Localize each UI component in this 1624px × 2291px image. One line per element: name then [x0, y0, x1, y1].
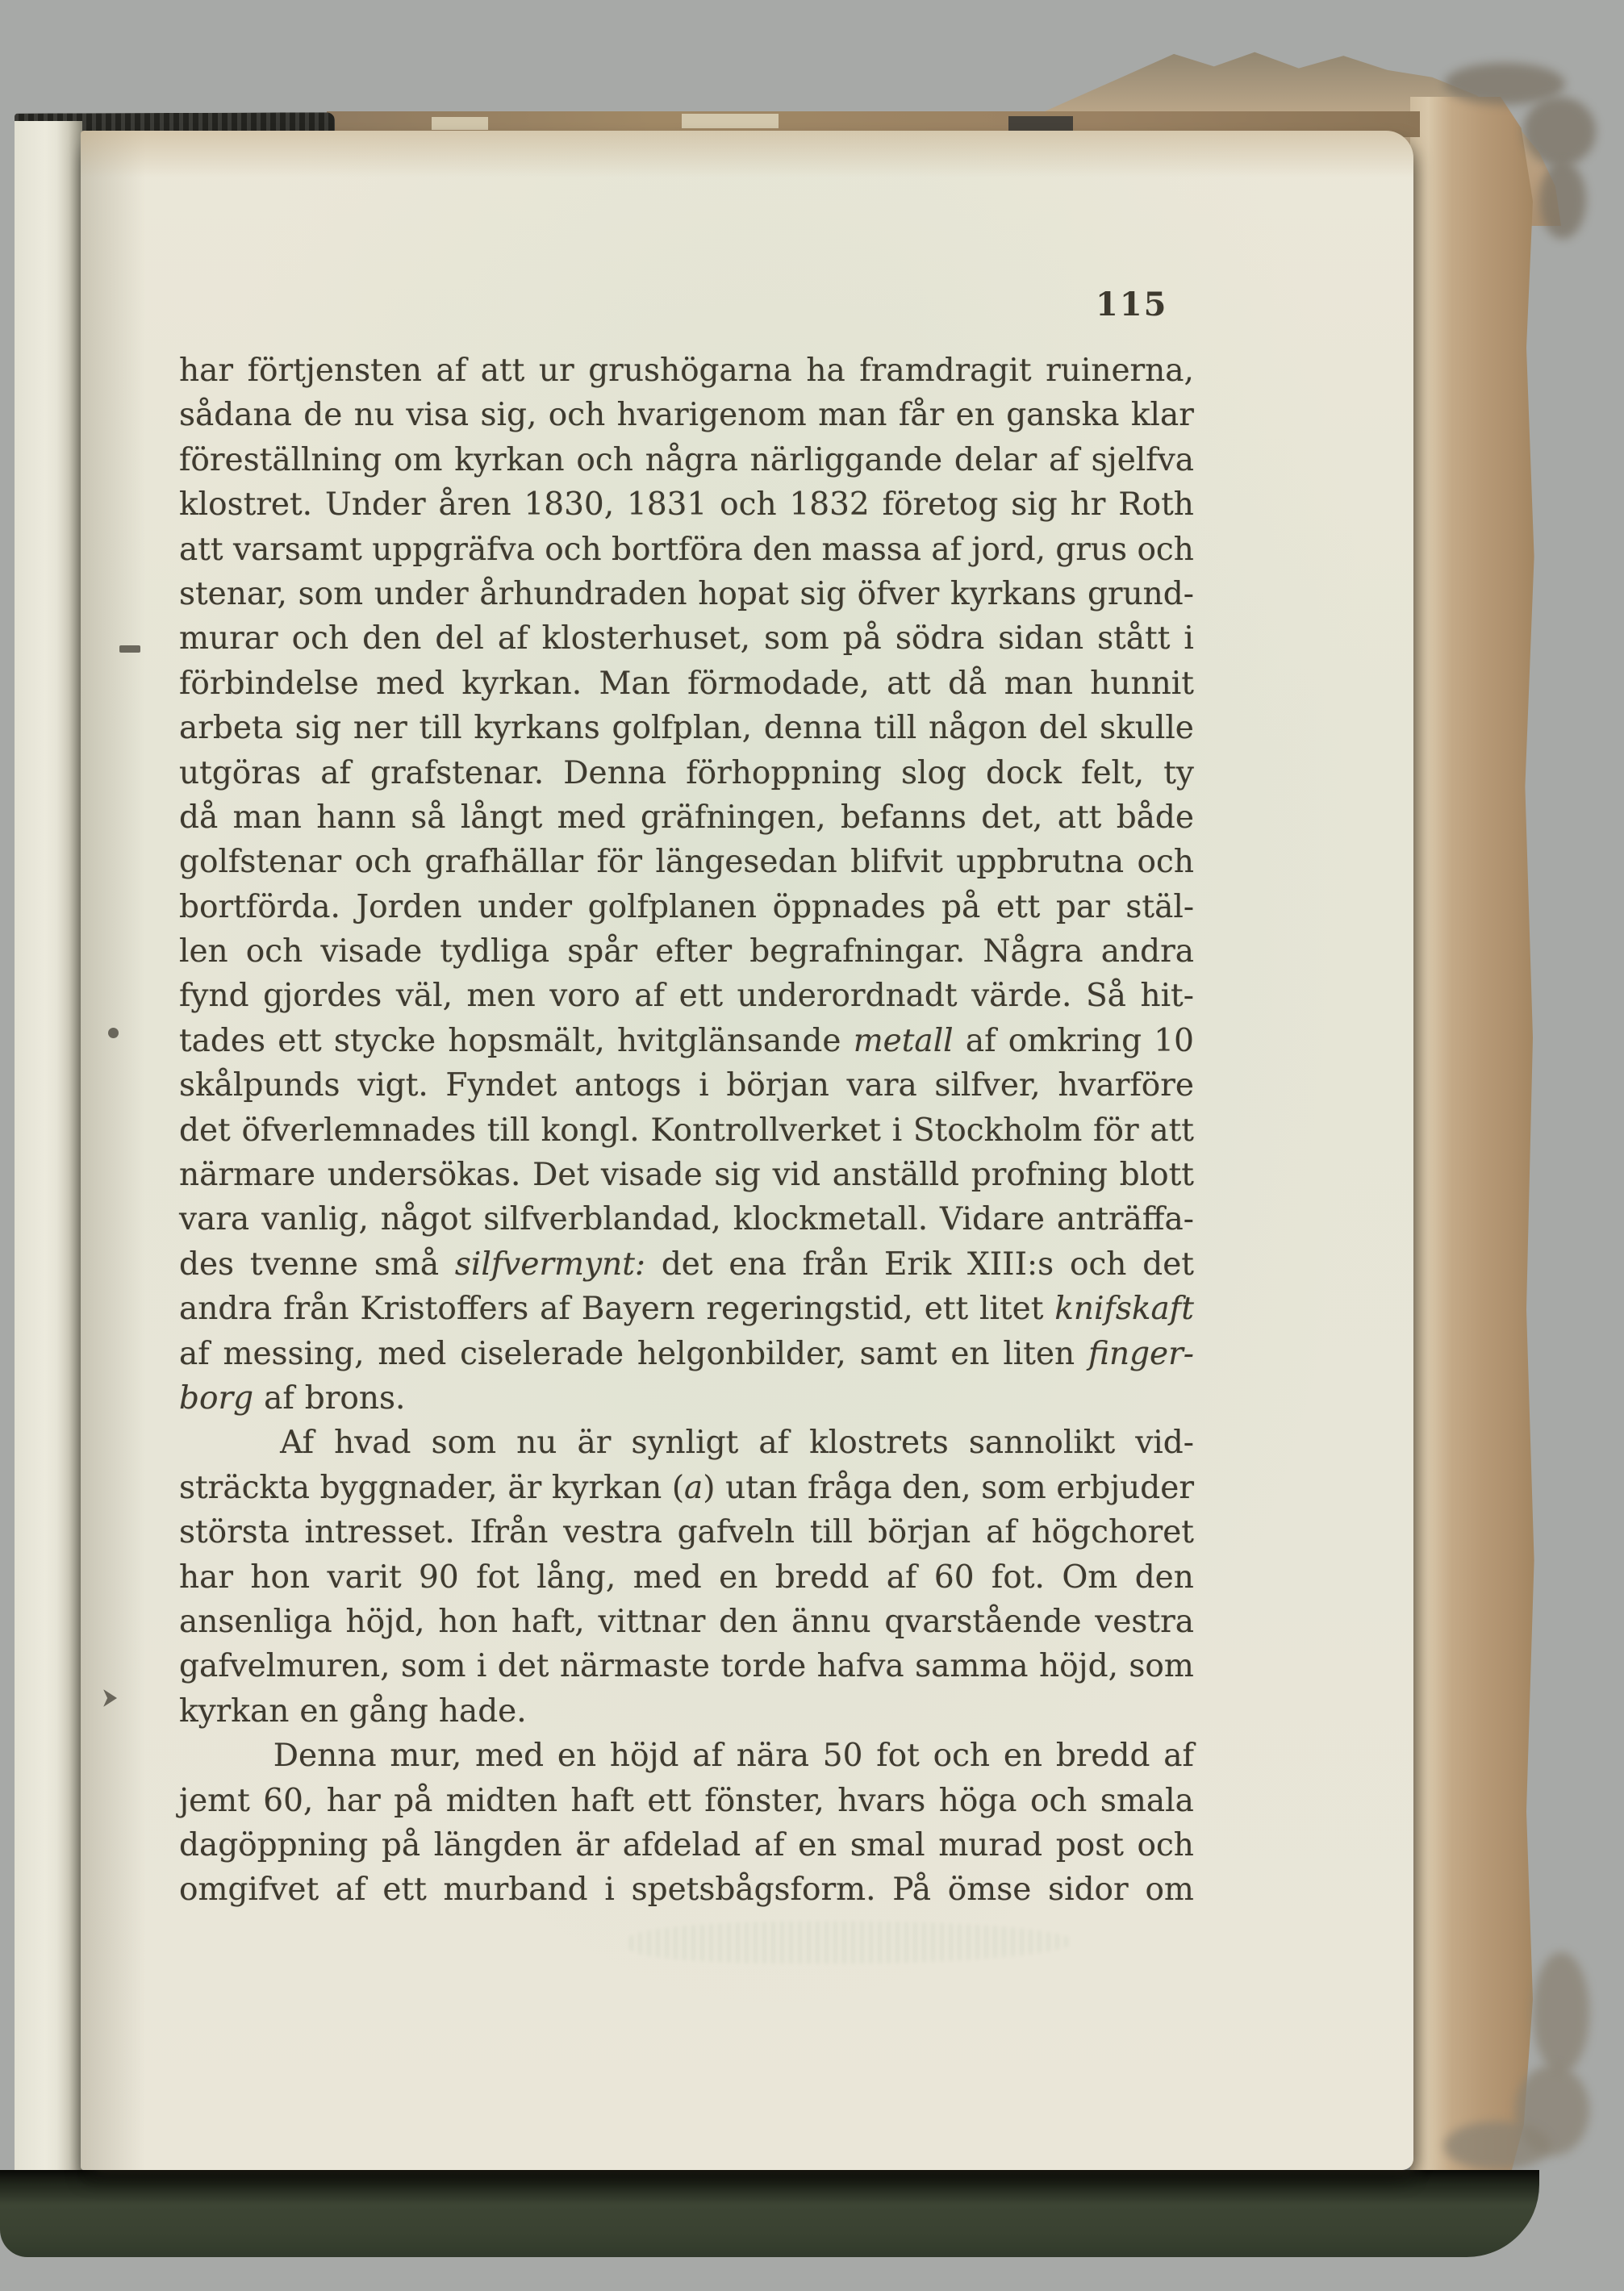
- word: i: [699, 1063, 708, 1108]
- word: med: [557, 795, 626, 840]
- word: Af: [280, 1421, 314, 1465]
- word: man: [233, 795, 302, 840]
- text-line: fyndgjordesväl,menvoroafettunderordnadtv…: [179, 974, 1194, 1018]
- word: af: [754, 1823, 785, 1867]
- word: Ifrån: [470, 1510, 549, 1554]
- word: murad: [938, 1823, 1042, 1867]
- word: samt: [860, 1332, 937, 1376]
- book-page: 115 harförtjenstenafatturgrushögarnahafr…: [81, 131, 1413, 2170]
- text-block: harförtjenstenafatturgrushögarnahaframdr…: [179, 348, 1194, 1913]
- word: den: [1135, 1555, 1194, 1600]
- text-line: borgafbrons.: [179, 1376, 1194, 1421]
- word: en: [956, 393, 995, 437]
- word: helgonbilder,: [637, 1332, 846, 1376]
- word: framdragit: [859, 348, 1031, 393]
- word: des: [179, 1242, 234, 1287]
- word: massa: [821, 528, 921, 572]
- word: hr: [1071, 482, 1106, 527]
- word: klar: [1131, 393, 1194, 437]
- word: som: [1129, 1644, 1193, 1688]
- word: företog: [883, 482, 999, 527]
- word: gafvelmuren,: [179, 1644, 390, 1688]
- text-line: arbetasignertillkyrkansgolfplan,dennatil…: [179, 706, 1194, 750]
- word: med: [376, 661, 445, 706]
- word: sig: [1011, 482, 1057, 527]
- word: i: [1184, 616, 1193, 661]
- word: något: [381, 1197, 472, 1241]
- word: till: [874, 706, 916, 750]
- word: lång,: [536, 1555, 616, 1600]
- text-line: afmessing,medciseleradehelgonbilder,samt…: [179, 1332, 1194, 1376]
- word: jord,: [971, 528, 1046, 572]
- word: vestra: [563, 1510, 662, 1554]
- word: gjordes: [263, 974, 382, 1018]
- word: som: [401, 1644, 465, 1688]
- word: grafstenar.: [370, 751, 544, 795]
- text-line: sådanadenuvisasig,ochhvarigenommanfåreng…: [179, 393, 1194, 437]
- word: gräfningen,: [641, 795, 826, 840]
- word: ena: [729, 1242, 786, 1287]
- word: närliggande: [750, 438, 942, 482]
- word: af: [986, 1510, 1017, 1554]
- word: är: [507, 1466, 541, 1510]
- word: för: [1093, 1108, 1139, 1153]
- word: afdelad: [623, 1823, 741, 1867]
- text-line: ansenligahöjd,honhaft,vittnardenännuqvar…: [179, 1600, 1194, 1644]
- word: len: [179, 929, 228, 974]
- word: 90: [419, 1555, 459, 1600]
- word: högchoret: [1032, 1510, 1194, 1554]
- word: sidan: [998, 616, 1083, 661]
- word: på: [941, 885, 980, 929]
- word: knifskaft: [1054, 1287, 1194, 1331]
- word: några: [645, 438, 738, 482]
- word: vigt.: [357, 1063, 428, 1108]
- word: intresset.: [305, 1510, 455, 1554]
- word: tydliga: [440, 929, 549, 974]
- word: qvarstående: [884, 1600, 1081, 1644]
- word: början: [726, 1063, 829, 1108]
- word: de: [303, 393, 342, 437]
- text-line: detöfverlemnadestillkongl.Kontrollverket…: [179, 1108, 1194, 1153]
- word: profning: [971, 1153, 1108, 1197]
- word: Kontrollverket: [650, 1108, 881, 1153]
- word: det: [1142, 1242, 1194, 1287]
- text-line: närmareundersökas.Detvisadesigvidanställ…: [179, 1153, 1194, 1197]
- word: och: [576, 438, 632, 482]
- word: ännu: [791, 1600, 871, 1644]
- word: sidor: [1048, 1867, 1129, 1912]
- paragraph-indent: [179, 1421, 260, 1465]
- word: fönster,: [704, 1779, 825, 1823]
- text-line: murarochdendelafklosterhuset,sompåsödras…: [179, 616, 1194, 661]
- word: på: [843, 616, 882, 661]
- word: Under: [325, 482, 426, 527]
- word: till: [810, 1510, 853, 1554]
- word: och: [720, 482, 776, 527]
- text-line: Afhvadsomnuärsynligtafklostretssannolikt…: [179, 1421, 1194, 1465]
- word: ett: [925, 1287, 968, 1331]
- word: en: [950, 1332, 989, 1376]
- word: På: [892, 1867, 931, 1912]
- word: och: [1137, 528, 1193, 572]
- word: XIII:s: [967, 1242, 1054, 1287]
- word: öfver: [858, 572, 940, 616]
- word: och: [1138, 840, 1194, 884]
- word: en: [557, 1734, 596, 1778]
- word: ciselerade: [460, 1332, 624, 1376]
- word: att: [887, 661, 931, 706]
- word: skålpunds: [179, 1063, 340, 1108]
- word: murar: [179, 616, 278, 661]
- word: bredd: [775, 1555, 870, 1600]
- text-line: bortförda.Jordenundergolfplanenöppnadesp…: [179, 885, 1194, 929]
- text-line: destvennesmåsilfvermynt:detenafrånErikXI…: [179, 1242, 1194, 1287]
- word: metall: [854, 1019, 954, 1063]
- word: Denna: [563, 751, 666, 795]
- word: 10: [1154, 1019, 1194, 1063]
- word: hopat: [698, 572, 789, 616]
- word: grus: [1055, 528, 1127, 572]
- word: ett: [647, 1779, 691, 1823]
- word: spetsbågsform.: [632, 1867, 876, 1912]
- word: under: [374, 572, 469, 616]
- word: vanlig,: [261, 1197, 369, 1241]
- worn-corner-crust: [1444, 2122, 1551, 2170]
- word: värde.: [971, 974, 1071, 1018]
- word: af: [320, 751, 351, 795]
- word: arbeta: [179, 706, 283, 750]
- word: fynd: [179, 974, 249, 1018]
- word: torde: [720, 1644, 806, 1688]
- word: det,: [981, 795, 1042, 840]
- word: visade: [320, 929, 422, 974]
- word: sig: [295, 706, 341, 750]
- word: golfstenar: [179, 840, 341, 884]
- word: blott: [1120, 1153, 1194, 1197]
- word: och: [1070, 1242, 1126, 1287]
- word: Denna: [273, 1734, 377, 1778]
- word: stått: [1097, 616, 1170, 661]
- word: Bayern: [582, 1287, 695, 1331]
- word: södra: [895, 616, 984, 661]
- text-line: gafvelmuren,somidetnärmastetordehafvasam…: [179, 1644, 1194, 1688]
- text-line: skålpundsvigt.Fyndetantogsibörjanvarasil…: [179, 1063, 1194, 1108]
- word: ur: [539, 348, 574, 393]
- word: skulle: [1100, 706, 1194, 750]
- word: föreställning: [179, 438, 382, 482]
- word: stäl-: [1125, 885, 1194, 929]
- word: Jorden: [357, 885, 462, 929]
- word: fot: [876, 1734, 920, 1778]
- word: får: [899, 393, 944, 437]
- adjacent-page-fold: [15, 121, 82, 2172]
- word: i: [604, 1867, 614, 1912]
- word: tvenne: [250, 1242, 358, 1287]
- word: tades: [179, 1019, 265, 1063]
- word: kongl.: [541, 1108, 640, 1153]
- word: af: [1163, 1734, 1194, 1778]
- word: och: [933, 1734, 990, 1778]
- word: och: [545, 528, 601, 572]
- word: stycke: [334, 1019, 436, 1063]
- text-line: sträcktabyggnader,ärkyrkan(a)utanfrågade…: [179, 1466, 1194, 1510]
- word: af: [931, 528, 962, 572]
- word: ett: [278, 1019, 321, 1063]
- word: visa: [406, 393, 469, 437]
- word: från: [283, 1287, 349, 1331]
- word: dock: [986, 751, 1062, 795]
- text-line: dagöppningpålängdenärafdeladafensmalmura…: [179, 1823, 1194, 1867]
- word: till: [420, 706, 462, 750]
- word: delar: [954, 438, 1037, 482]
- word: och: [246, 929, 303, 974]
- word: Några: [983, 929, 1083, 974]
- word: sig,: [481, 393, 537, 437]
- word: århundraden: [479, 572, 687, 616]
- word: är: [575, 1823, 609, 1867]
- word: vid: [773, 1153, 820, 1197]
- word: som: [981, 1466, 1046, 1510]
- word: af: [758, 1421, 789, 1465]
- word: silfver,: [934, 1063, 1040, 1108]
- word: gång: [349, 1689, 428, 1734]
- word: af: [634, 974, 665, 1018]
- word: bortföra: [612, 528, 743, 572]
- word: mur,: [390, 1734, 461, 1778]
- word: regeringstid,: [706, 1287, 913, 1331]
- word: har: [179, 348, 233, 393]
- word: någon: [929, 706, 1027, 750]
- word: Om: [1062, 1555, 1117, 1600]
- text-line: tadesettstyckehopsmält,hvitglänsandemeta…: [179, 1019, 1194, 1063]
- word: varit: [328, 1555, 402, 1600]
- word: hade.: [439, 1689, 527, 1734]
- word: närmare: [179, 1153, 315, 1197]
- word: kyrkan.: [461, 661, 582, 706]
- word: smal: [850, 1823, 925, 1867]
- word: hon: [250, 1555, 310, 1600]
- word: ett: [679, 974, 723, 1018]
- text-line: golfstenarochgrafhällarförlängesedanblif…: [179, 840, 1194, 884]
- word: af: [264, 1376, 294, 1421]
- word: hit-: [1140, 974, 1193, 1018]
- word: Så: [1086, 974, 1126, 1018]
- word: samma: [915, 1644, 1028, 1688]
- word: Det: [532, 1153, 589, 1197]
- word: 1832: [789, 482, 869, 527]
- word: utan: [725, 1466, 797, 1510]
- word: golfplanen: [588, 885, 757, 929]
- word: kyrkans: [474, 706, 599, 750]
- word: af: [336, 1867, 366, 1912]
- word: slog: [901, 751, 966, 795]
- word: en: [798, 1823, 837, 1867]
- word: Man: [599, 661, 670, 706]
- word: uppgräfva: [372, 528, 535, 572]
- word: då: [179, 795, 218, 840]
- word: af: [692, 1734, 723, 1778]
- text-line: andrafrånKristoffersafBayernregeringstid…: [179, 1287, 1194, 1331]
- text-line: varavanlig,någotsilfverblandad,klockmeta…: [179, 1197, 1194, 1241]
- word: golfplan,: [612, 706, 753, 750]
- word: jemt: [179, 1779, 250, 1823]
- word: om: [394, 438, 442, 482]
- word: smala: [1100, 1779, 1194, 1823]
- word: visade: [601, 1153, 703, 1197]
- word: att: [481, 348, 525, 393]
- text-line: Dennamur,medenhöjdafnära50fotochenbredda…: [179, 1734, 1194, 1778]
- word: kyrkan: [552, 1466, 662, 1510]
- word: hafva: [817, 1644, 904, 1688]
- scanned-book-photo: 115 harförtjenstenafatturgrushögarnahafr…: [0, 0, 1624, 2291]
- word: till: [487, 1108, 530, 1153]
- text-line: stenar,somunderårhundradenhopatsigöfverk…: [179, 572, 1194, 616]
- word: är: [578, 1421, 612, 1465]
- text-line: jemt60,harpåmidtenhaftettfönster,hvarshö…: [179, 1779, 1194, 1823]
- text-line: omgifvetafettmurbandispetsbågsform.Påöms…: [179, 1867, 1194, 1912]
- word: anträffa-: [1057, 1197, 1194, 1241]
- word: andra: [179, 1287, 272, 1331]
- word: 50: [823, 1734, 863, 1778]
- word: klostrets: [809, 1421, 949, 1465]
- word: 60: [934, 1555, 975, 1600]
- word: har: [327, 1779, 381, 1823]
- word: som: [764, 616, 829, 661]
- word: af: [436, 348, 467, 393]
- text-line: attvarsamtuppgräfvaochbortföradenmassaaf…: [179, 528, 1194, 572]
- word: felt,: [1081, 751, 1144, 795]
- word: Kristoffers: [360, 1287, 528, 1331]
- word: post: [1056, 1823, 1124, 1867]
- word: vara: [179, 1197, 249, 1241]
- word: Stockholm: [913, 1108, 1082, 1153]
- word: och: [1030, 1779, 1087, 1823]
- text-line: förbindelsemedkyrkan.Manförmodade,attdåm…: [179, 661, 1194, 706]
- word: dagöppning: [179, 1823, 368, 1867]
- word: både: [1117, 795, 1194, 840]
- word: 60,: [263, 1779, 313, 1823]
- word: med: [378, 1332, 446, 1376]
- word: i: [892, 1108, 902, 1153]
- word: blifvit: [850, 840, 943, 884]
- text-line: lenochvisadetydligaspårefterbegrafningar…: [179, 929, 1194, 974]
- word: borg: [179, 1376, 253, 1421]
- word: klockmetall.: [733, 1197, 928, 1241]
- word: spår: [567, 929, 637, 974]
- word: att: [1058, 795, 1102, 840]
- word: klosterhuset,: [542, 616, 750, 661]
- word: det: [662, 1242, 713, 1287]
- word: 1831: [627, 482, 707, 527]
- word: haft: [571, 1779, 634, 1823]
- word: grafhällar: [425, 840, 584, 884]
- word: bredd: [1056, 1734, 1150, 1778]
- word: brons.: [305, 1376, 406, 1421]
- word: sjelfva: [1092, 438, 1194, 482]
- word: af: [179, 1332, 210, 1376]
- word: långt: [461, 795, 542, 840]
- word: den: [719, 1600, 778, 1644]
- word: ruinerna,: [1046, 348, 1194, 393]
- word: efter: [655, 929, 732, 974]
- word: vestra: [1095, 1600, 1194, 1644]
- word: hvitglänsande: [617, 1019, 841, 1063]
- word: andra: [1101, 929, 1194, 974]
- word: på: [382, 1823, 420, 1867]
- word: hvars: [837, 1779, 925, 1823]
- word: närmaste: [560, 1644, 710, 1688]
- word: nu: [354, 393, 395, 437]
- word: fot.: [992, 1555, 1045, 1600]
- word: med: [475, 1734, 544, 1778]
- word: början: [868, 1510, 971, 1554]
- word: i: [477, 1644, 486, 1688]
- word: har: [179, 1555, 233, 1600]
- word: vid-: [1135, 1421, 1194, 1465]
- word: man: [1004, 661, 1073, 706]
- text-line: föreställningomkyrkanochnågranärliggande…: [179, 438, 1194, 482]
- word: största: [179, 1510, 290, 1554]
- word: hopsmält,: [448, 1019, 604, 1063]
- word: åren: [439, 482, 511, 527]
- word: man: [818, 393, 887, 437]
- word: midten: [446, 1779, 557, 1823]
- word: vara: [847, 1063, 917, 1108]
- text-line: harförtjenstenafatturgrushögarnahaframdr…: [179, 348, 1194, 393]
- word: sådana: [179, 393, 292, 437]
- word: Erik: [884, 1242, 951, 1287]
- word: erbjuder: [1056, 1466, 1194, 1510]
- word: underordnadt: [737, 974, 958, 1018]
- word: af: [498, 616, 528, 661]
- word: längesedan: [655, 840, 837, 884]
- word: haft,: [511, 1600, 585, 1644]
- word: att: [1150, 1108, 1194, 1153]
- word: antogs: [574, 1063, 682, 1108]
- text-line: harhonvarit90fotlång,medenbreddaf60fot.O…: [179, 1555, 1194, 1600]
- word: Vidare: [940, 1197, 1045, 1241]
- word: om: [1145, 1867, 1193, 1912]
- word: förbindelse: [179, 661, 359, 706]
- word: då: [948, 661, 987, 706]
- worn-corner-crust: [1533, 1952, 1589, 2073]
- word: varsamt: [233, 528, 362, 572]
- word: silfvermynt:: [455, 1242, 645, 1287]
- book-cover-bottom: [0, 2170, 1539, 2257]
- page-speck: [108, 1028, 119, 1038]
- word: Roth: [1118, 482, 1194, 527]
- word: messing,: [223, 1332, 364, 1376]
- word: nära: [737, 1734, 809, 1778]
- word: af: [1049, 438, 1079, 482]
- word: det: [179, 1108, 231, 1153]
- text-line: klostret.Underåren1830,1831och1832företo…: [179, 482, 1194, 527]
- word: att: [179, 528, 223, 572]
- word: grushögarna: [588, 348, 792, 393]
- word: men: [467, 974, 536, 1018]
- word: som: [432, 1421, 496, 1465]
- page-speck: [119, 645, 140, 653]
- word: (a): [672, 1466, 716, 1510]
- word: denna: [764, 706, 862, 750]
- word: af: [540, 1287, 570, 1331]
- word: litet: [979, 1287, 1043, 1331]
- word: silfverblandad,: [483, 1197, 721, 1241]
- word: förhoppning: [686, 751, 882, 795]
- word: en: [1004, 1734, 1042, 1778]
- word: grund-: [1088, 572, 1194, 616]
